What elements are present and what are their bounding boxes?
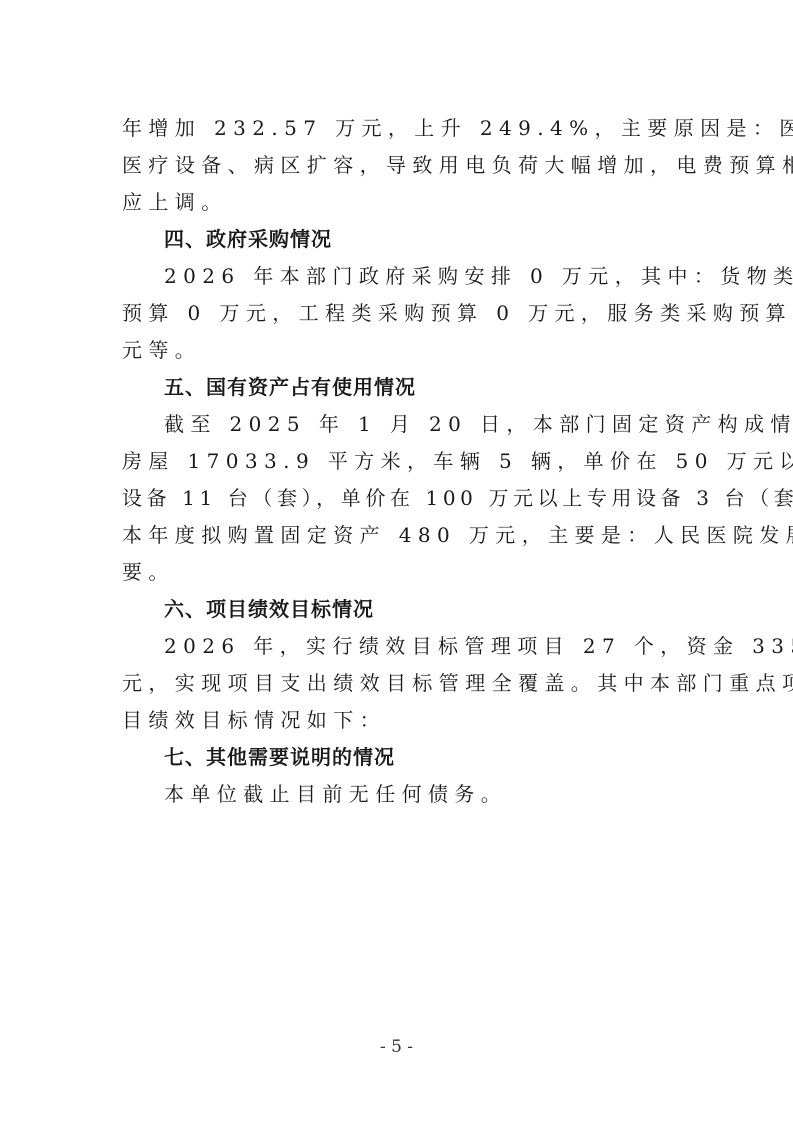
paragraph-line: 目绩效目标情况如下：: [122, 702, 674, 739]
document-body: 年增加 232.57 万元，上升 249.4%，主要原因是：医院新增 医疗设备、…: [122, 110, 674, 813]
paragraph-line: 设备 11 台（套），单价在 100 万元以上专用设备 3 台（套）。: [122, 480, 674, 517]
paragraph-line: 元，实现项目支出绩效目标管理全覆盖。其中本部门重点项: [122, 665, 674, 702]
paragraph-line: 本单位截止目前无任何债务。: [122, 776, 674, 813]
paragraph-line: 截至 2025 年 1 月 20 日，本部门固定资产构成情况为：: [122, 406, 674, 443]
paragraph-line: 房屋 17033.9 平方米，车辆 5 辆，单价在 50 万元以上通用: [122, 443, 674, 480]
section-heading-procurement: 四、政府采购情况: [122, 221, 674, 258]
paragraph-line: 要。: [122, 554, 674, 591]
paragraph-line: 预算 0 万元，工程类采购预算 0 万元，服务类采购预算 0 万: [122, 295, 674, 332]
paragraph-line: 2026 年，实行绩效目标管理项目 27 个，资金 3350.3 万: [122, 628, 674, 665]
section-heading-performance-goals: 六、项目绩效目标情况: [122, 591, 674, 628]
paragraph-line: 元等。: [122, 332, 674, 369]
paragraph-line: 2026 年本部门政府采购安排 0 万元，其中：货物类采购: [122, 258, 674, 295]
page-number: - 5 -: [0, 1037, 793, 1057]
section-heading-state-assets: 五、国有资产占有使用情况: [122, 369, 674, 406]
section-heading-other-notes: 七、其他需要说明的情况: [122, 739, 674, 776]
paragraph-line: 医疗设备、病区扩容，导致用电负荷大幅增加，电费预算相: [122, 147, 674, 184]
paragraph-line: 年增加 232.57 万元，上升 249.4%，主要原因是：医院新增: [122, 110, 674, 147]
paragraph-line: 应上调。: [122, 184, 674, 221]
paragraph-line: 本年度拟购置固定资产 480 万元，主要是：人民医院发展需: [122, 517, 674, 554]
